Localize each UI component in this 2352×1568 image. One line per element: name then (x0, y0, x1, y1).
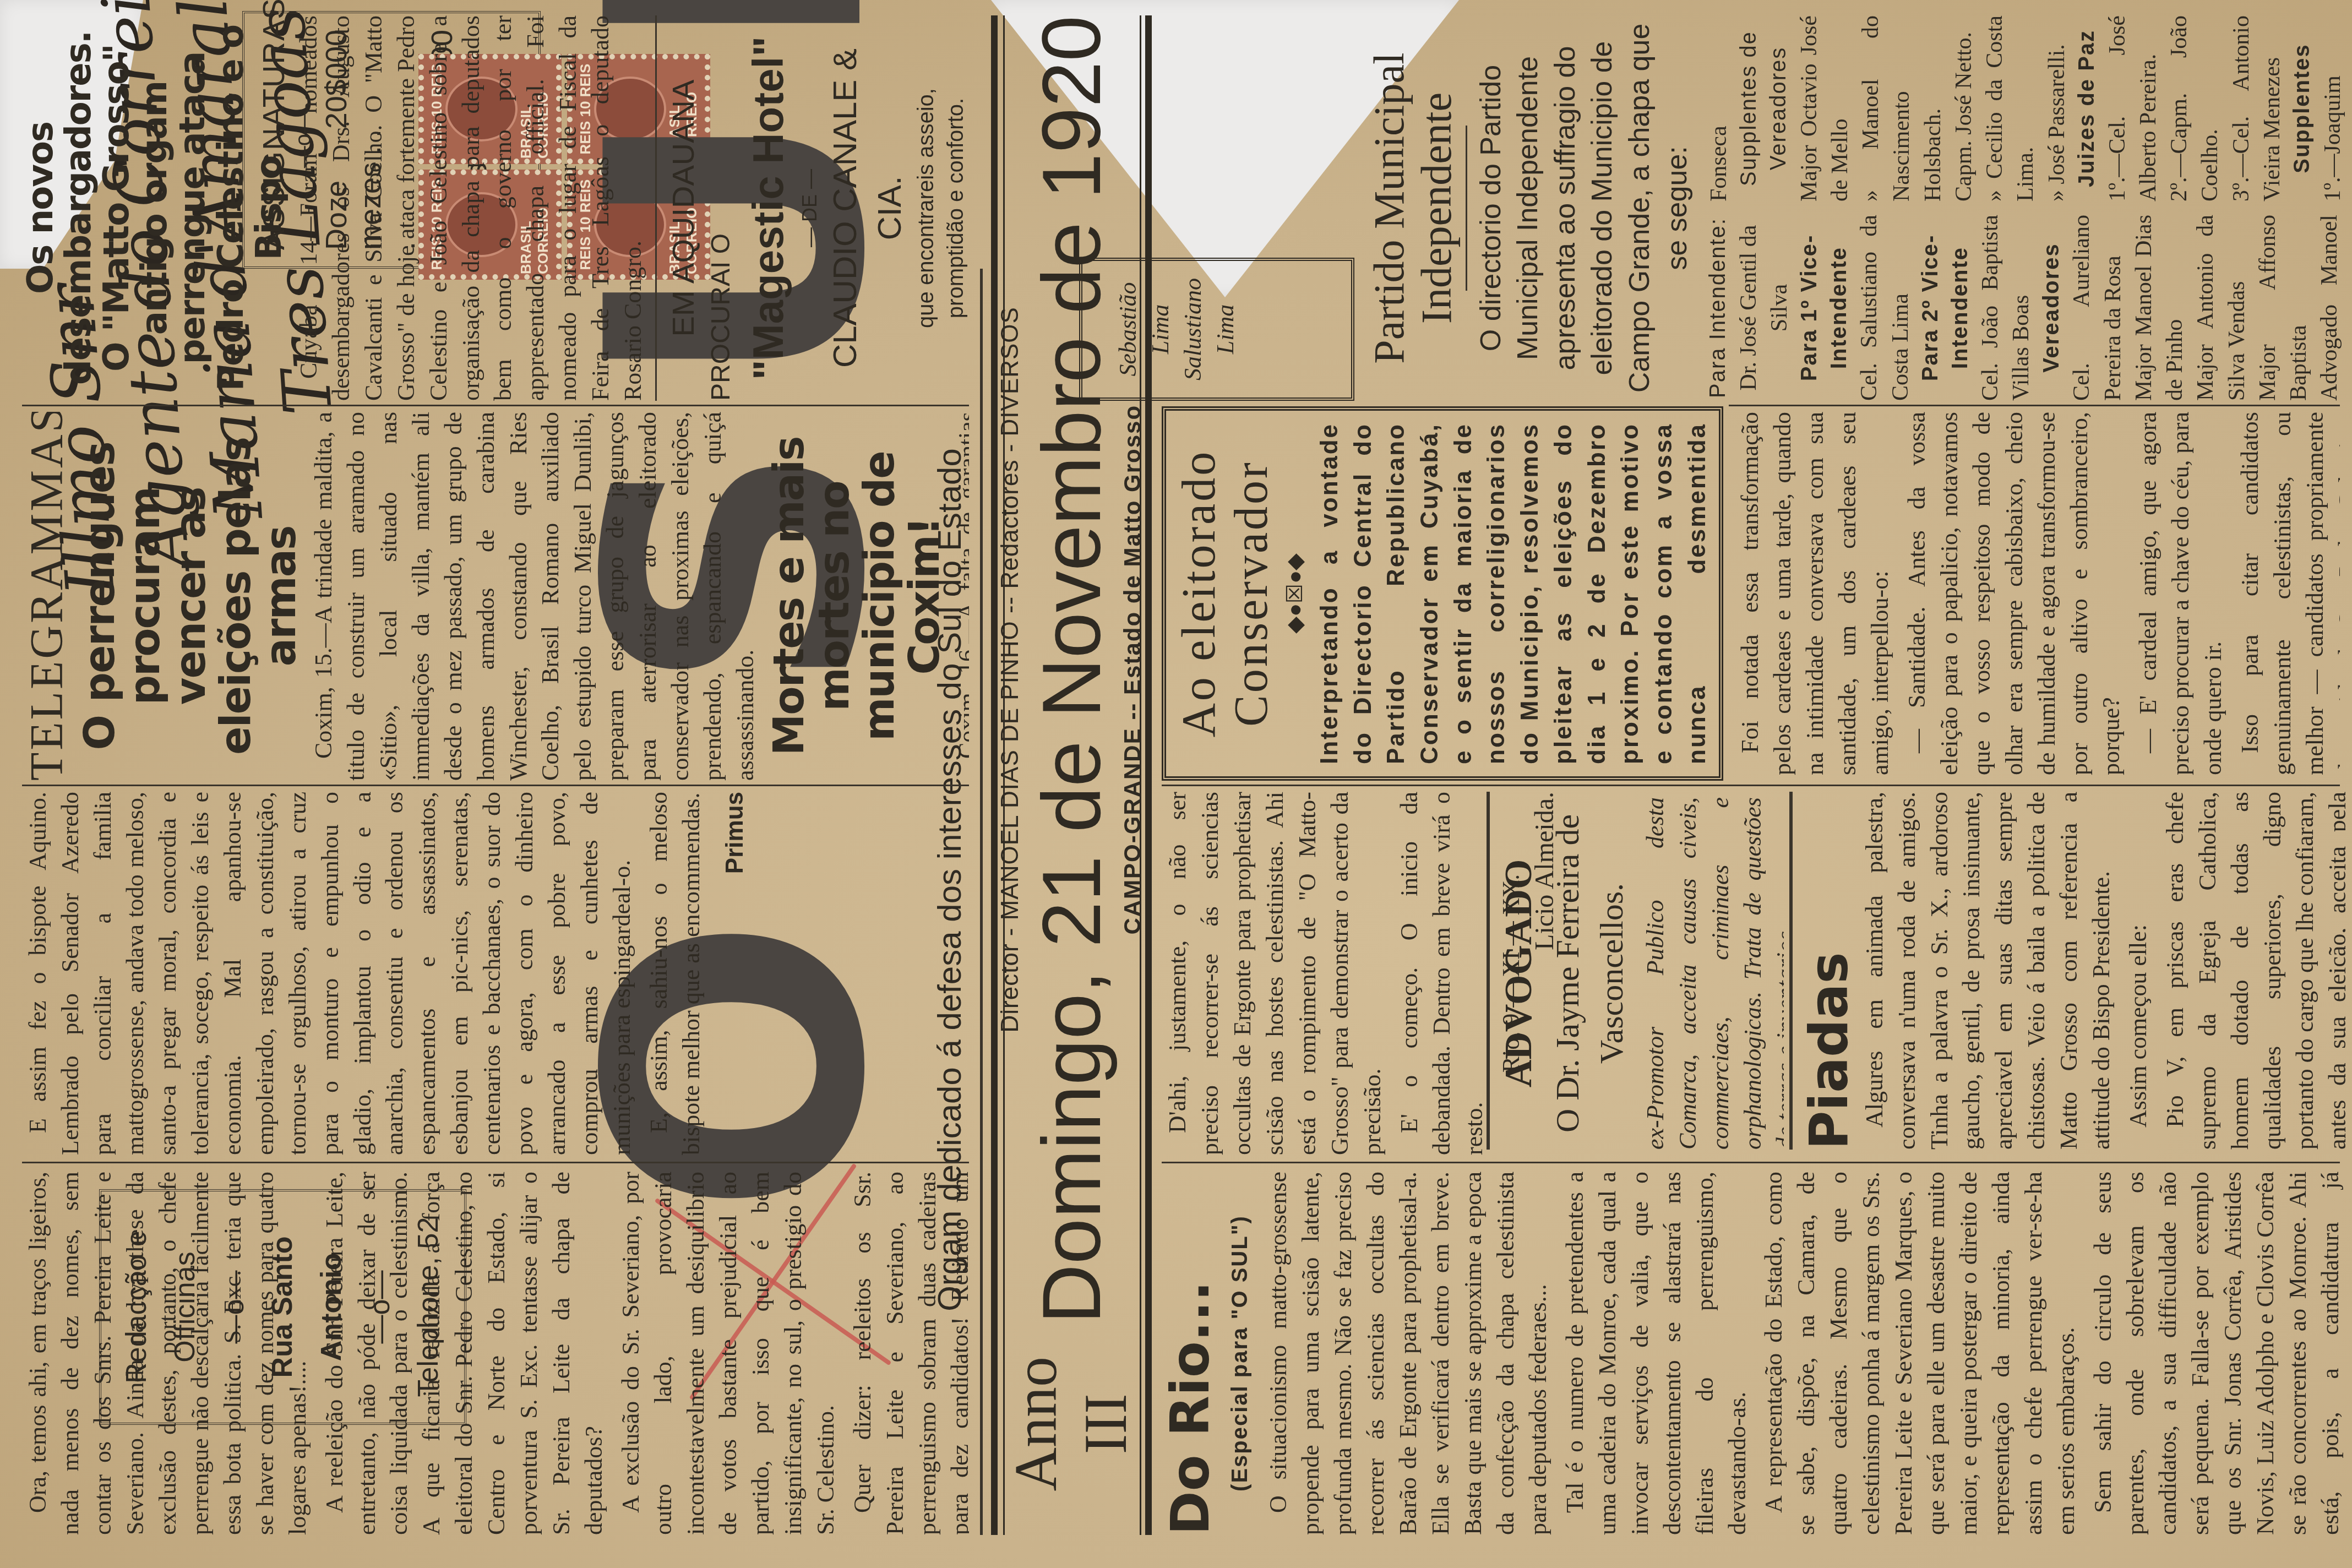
slate-heading: Para 1º Vice-Intendente (1795, 215, 1854, 401)
article-ao-eleitorado: Ao eleitorado Conservador ◆●☒●◆ Interpre… (1173, 423, 1712, 764)
article-partido: Partido Municipal Independente O directo… (1365, 15, 2345, 401)
ad-advogado: ADVOGADO O Dr. Jayme Ferreira de Vasconc… (1498, 797, 1784, 1150)
paragraph: A representação do Estado, como se sabe,… (1758, 1172, 2083, 1535)
column-rule (1729, 405, 2340, 406)
ad-name: O Dr. Jayme Ferreira de Vasconcellos. (1545, 797, 1634, 1150)
slate-name: 3º.—Cel. Antonio Vieira Menezes (2226, 15, 2288, 202)
article-piadas: Piadas Algures em animada palestra, conv… (1800, 792, 2345, 1150)
divider (1466, 126, 1467, 291)
slate-heading: Para 2º Vice-Intendente (1916, 215, 1975, 401)
ad-line: — DE — (797, 15, 823, 401)
article-desembargadores: Os novos desembargadores. O "Matto Gross… (22, 15, 969, 401)
ad-title: ADVOGADO (1498, 797, 1540, 1150)
divider (1789, 792, 1793, 1150)
slate-name: Cel. João Baptista Villas Boas (1975, 215, 2037, 401)
issue-date: Domingo, 21 de Novembro de 1920 (1024, 15, 1119, 1324)
slate-name: » Manoel do Nascimento Holsbach. (1855, 15, 1948, 202)
column-rule (1162, 1162, 2340, 1163)
article-body: Interpretando a vontade do Directorio Ce… (1313, 423, 1712, 764)
slate-heading: Supplentes de Vereadores (1734, 15, 1793, 202)
column-rule (22, 405, 969, 406)
paragraph: A reeleição do Snr. Pereira Leite, entre… (319, 1172, 611, 1535)
dateline-center: Director - MANOEL DIAS DE PINHO -- Redac… (997, 15, 1146, 1324)
divider (980, 269, 983, 1535)
article-piadas-tail: E assim fez o bispote Aquino. Lembrado p… (22, 792, 969, 1155)
director-line: Director - MANOEL DIAS DE PINHO -- Redac… (997, 15, 1024, 1324)
divider (1140, 15, 1141, 1535)
slate-name: Major Manoel Dias de Pinho (2128, 215, 2191, 401)
paragraph: — Santidade. Antes da vossa eleição para… (1901, 412, 2128, 775)
paragraph: E, assim, sahiu-nos o meloso bispote mel… (643, 792, 708, 1155)
paragraph: — E' cardeal amigo, que agora preciso pr… (2132, 412, 2230, 775)
newspaper-page: Illmo Snr Agente do Correio Maria d'Amar… (0, 0, 2352, 1568)
divider (1487, 792, 1490, 1150)
volume-number: Anno III (1001, 1324, 1141, 1525)
column-rule (1162, 785, 2340, 786)
slate-name: » Cecilio da Costa Lima. (1979, 15, 2041, 202)
paragraph: Ora, temos ahi, em traços ligeiros, nada… (22, 1172, 314, 1535)
slate-name: Major Octavio José de Mello (1794, 15, 1856, 202)
headline: Mortes e mais mortes no municipio de Cox… (766, 412, 947, 781)
ad-line: que encontrareis asseio, (912, 15, 941, 401)
slate-heading: Vereadores (2037, 215, 2067, 401)
article-do-rio: Do Rio... (Especial para "O SUL") O situ… (1162, 1172, 2345, 1535)
slate-list: Para Intendente: Dr. José Gentil da Silv… (1703, 15, 2345, 401)
headline: Os novos desembargadores. O "Matto Gross… (22, 15, 288, 401)
paragraph: Coxim, 15.—A trindade maldita, a titulo … (308, 412, 762, 781)
ad-owner: CLAUDIO CANALE & CIA. (823, 15, 912, 401)
slate-name: Cel. Aureliano Pereira da Rosa (2066, 215, 2128, 401)
slate-heading: Para Intendente: (1703, 215, 1733, 401)
slate-name: 2º.—Capm. João Coelho. (2164, 15, 2226, 202)
slate-name: 1º.—Cel. José Alberto Pereira. (2102, 15, 2164, 202)
slate-name: » José Passarelli. (2041, 15, 2072, 202)
ad-line: promptidão e conforto. (941, 15, 969, 401)
paragraph: Foi notada essa transformação pelos card… (1734, 412, 1897, 775)
headline: O perrengues procuram vencer as eleições… (77, 412, 303, 781)
signature: Primus (719, 792, 752, 1155)
ad-line: PROCURAI O (704, 15, 739, 401)
slate-name: 1º.—Joaquim (2317, 15, 2345, 202)
paragraph: Tal é o numero de pretendentes a uma cad… (1559, 1172, 1754, 1535)
article-title: Do Rio... (1162, 1172, 1220, 1535)
article-title: Piadas (1800, 792, 1859, 1150)
paragraph: Algures em animada palestra, conversava … (1859, 792, 2119, 1150)
ad-hotel-name: "Magestic Hotel" (739, 15, 797, 401)
place-line: CAMPO-GRANDE -- Estado de Matto Grosso (1119, 15, 1146, 1324)
article-intro: O directorio do Partido Municipal Indepe… (1473, 15, 1696, 401)
slate-name: Major Affonso Baptista (2252, 215, 2315, 401)
paragraph: Pio V, em priscas eras chefe supremo da … (2159, 792, 2345, 1150)
section-telegrammas: TELEGRAMMAS O perrengues procuram vencer… (22, 412, 969, 781)
ad-line: EM AQUIDAUANA (662, 15, 704, 401)
paragraph: Sem sahir do circulo de seus parentes, o… (2087, 1172, 2345, 1535)
ornament-icon: ◆●☒●◆ (1280, 423, 1310, 764)
signatures: Sebastião Lima Salustiano Lima (1112, 269, 1332, 390)
paragraph: Coxim, 16.—A falta de garantias neste mu… (951, 412, 969, 781)
paragraph: Quer dizer: reeleitos os Ssr. Pereira Le… (847, 1172, 969, 1535)
slate-name: Cel. Salustiano da Costa Lima (1854, 215, 1916, 401)
ad-magestic-hotel: EM AQUIDAUANA PROCURAI O "Magestic Hotel… (655, 15, 969, 401)
dateline-bar: Anno III Director - MANOEL DIAS DE PINHO… (1013, 15, 1129, 1524)
article-title: Ao eleitorado Conservador (1173, 423, 1277, 764)
paragraph: A exclusão do Sr. Severiano, por outro l… (615, 1172, 842, 1535)
signature: Sebastião Lima (1112, 269, 1177, 390)
paragraph: Assim começou elle: (2122, 792, 2155, 1150)
paragraph: E' o começo. O inicio da debandada. Dent… (1393, 792, 1491, 1155)
article-do-rio-tail: Ora, temos ahi, em traços ligeiros, nada… (22, 1172, 969, 1535)
slate-name: Dr. José Gentil da Silva (1733, 215, 1795, 401)
slate-heading: Supplentes (2288, 15, 2317, 202)
paragraph: Cuyabá 14—Foram nomeados desembargadores… (293, 15, 650, 401)
signature: Salustiano Lima (1177, 269, 1242, 390)
slate-name: Major Antonio da Silva Vendas (2190, 215, 2252, 401)
column-rule (22, 1162, 969, 1163)
divider (1145, 15, 1152, 1535)
ad-description: ex-Promotor Publico desta Comarca, accei… (1640, 797, 1784, 1150)
slate-name: Capm. José Netto. (1948, 15, 1979, 202)
paragraph: O situacionismo matto-grossense propende… (1262, 1172, 1555, 1535)
column-rule (22, 785, 969, 786)
paragraph: Isso para citar candidatos genuinamente … (2234, 412, 2340, 775)
paragraph: D'ahi, justamente, o não ser preciso rec… (1162, 792, 1389, 1155)
article-piadas-cont: Foi notada essa transformação pelos card… (1734, 412, 2340, 775)
article-subtitle: (Especial para "O SUL") (1226, 1172, 1255, 1535)
article-title: Partido Municipal Independente (1365, 15, 1460, 401)
paragraph: E assim fez o bispote Aquino. Lembrado p… (22, 792, 639, 1155)
section-title: TELEGRAMMAS (22, 412, 73, 781)
slate-heading: Juizes de Paz (2072, 15, 2102, 202)
